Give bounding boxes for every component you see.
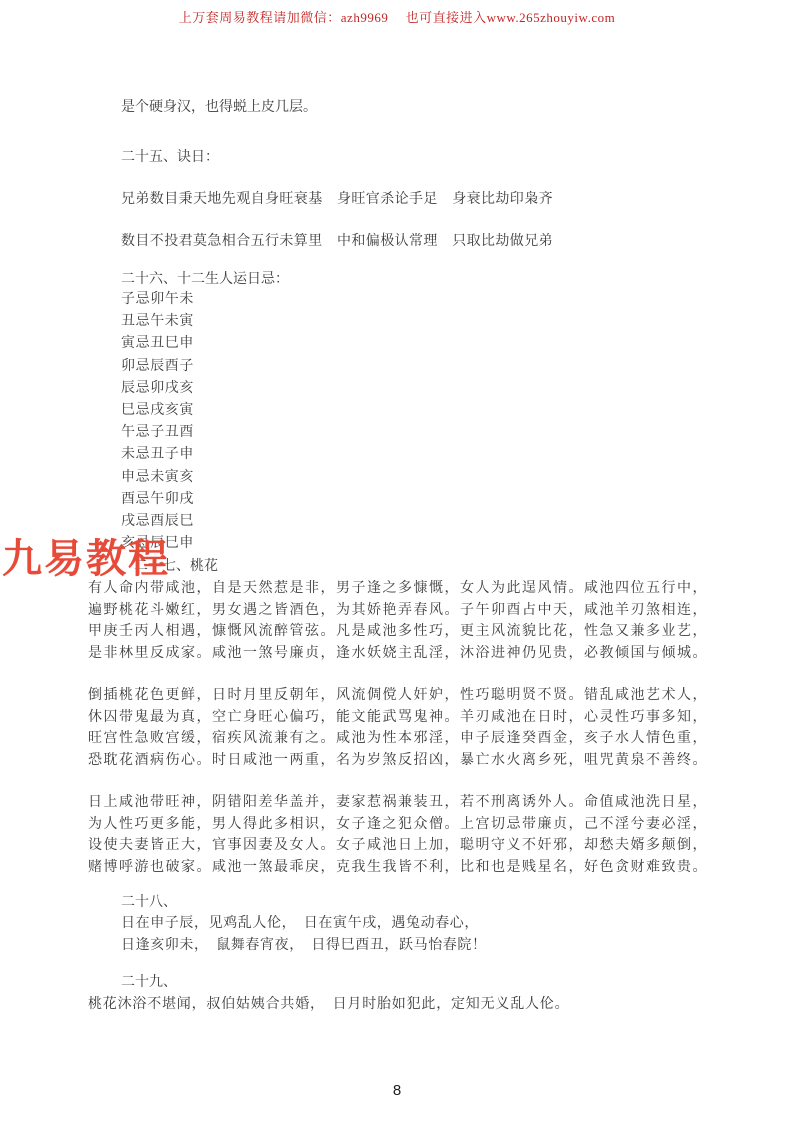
- page-header-promo: 上万套周易教程请加微信：azh9969 也可直接进入www.265zhouyiw…: [0, 7, 794, 26]
- taboo-list-item: 卯忌辰酉子: [121, 356, 194, 378]
- section-27-paragraph-3: 日上咸池带旺神，阴错阳差华盖并，妻家惹祸兼装丑，若不刑离诱外人。命值咸池洗日星，…: [88, 792, 724, 878]
- paragraph-line: 是非林里反成家。咸池一煞号廉贞，逢水妖娆主乱淫，沐浴进神仍见贵，必教倾国与倾城。: [88, 643, 724, 665]
- taboo-list-item: 酉忌午卯戌: [121, 489, 194, 511]
- paragraph-line: 赌博呼游也破家。咸池一煞最乖戾，克我生我皆不利，比和也是贱星名，好色贪财难致贵。: [88, 857, 724, 879]
- section-25-verse-line-2: 数目不投君莫急相合五行未算里 中和偏极认常理 只取比劫做兄弟: [121, 230, 553, 250]
- paragraph-line: 遍野桃花斗嫩红，男女遇之皆酒色，为其娇艳弄春风。子午卯酉占中天，咸池羊刃煞相连，: [88, 600, 724, 622]
- paragraph-line: 旺宫性急败宫缓，宿疾风流兼有之。咸池为性本邪淫，申子辰逢癸酉金，亥子水人情色重，: [88, 728, 724, 750]
- section-28-heading: 二十八、: [121, 891, 177, 911]
- taboo-list-item: 寅忌丑巳申: [121, 333, 194, 355]
- taboo-list-item: 丑忌午未寅: [121, 311, 194, 333]
- paragraph-line: 倒插桃花色更鲜，日时月里反朝年，风流倜傥人奸妒，性巧聪明贤不贤。错乱咸池艺术人，: [88, 685, 724, 707]
- section-26-taboo-list: 子忌卯午未丑忌午未寅寅忌丑巳申卯忌辰酉子辰忌卯戌亥巳忌戌亥寅午忌子丑酉未忌丑子申…: [121, 289, 194, 555]
- paragraph-line: 日上咸池带旺神，阴错阳差华盖并，妻家惹祸兼装丑，若不刑离诱外人。命值咸池洗日星，: [88, 792, 724, 814]
- verse-line: 日在申子辰，见鸡乱人伦， 日在寅午戌，遇兔动春心，: [121, 913, 487, 935]
- taboo-list-item: 子忌卯午未: [121, 289, 194, 311]
- paragraph-line: 恐耽花酒病伤心。时日咸池一两重，名为岁煞反招凶，暴亡水火离乡死，咀咒黄泉不善终。: [88, 750, 724, 772]
- taboo-list-item: 未忌丑子申: [121, 444, 194, 466]
- taboo-list-item: 辰忌卯戌亥: [121, 378, 194, 400]
- paragraph-line: 有人命内带咸池，自是天然惹是非，男子逢之多慷慨，女人为此逞风情。咸池四位五行中，: [88, 578, 724, 600]
- verse-line: 桃花沐浴不堪闻，叔伯姑姨合共婚， 日月时胎如犯此，定知无义乱人伦。: [88, 994, 569, 1016]
- page-number: 8: [0, 1082, 794, 1099]
- section-25-verse-line-1: 兄弟数目秉天地先观自身旺衰基 身旺官杀论手足 身衰比劫印枭齐: [121, 188, 553, 208]
- paragraph-line: 设使夫妻皆正大，官事因妻及女人。女子咸池日上加，聪明守义不奸邪，却愁夫婿多颠倒，: [88, 835, 724, 857]
- paragraph-line: 甲庚壬丙人相遇，慷慨风流醉管弦。凡是咸池多性巧，更主风流貌比花，性急又兼多业艺，: [88, 621, 724, 643]
- paragraph-line: 休囚带鬼最为真，空亡身旺心偏巧，能文能武骂鬼神。羊刃咸池在日时，心灵性巧事多知，: [88, 707, 724, 729]
- section-26-heading: 二十六、十二生人运日忌：: [121, 268, 289, 288]
- section-25-heading: 二十五、诀日：: [121, 146, 219, 166]
- taboo-list-item: 午忌子丑酉: [121, 422, 194, 444]
- section-27-paragraph-1: 有人命内带咸池，自是天然惹是非，男子逢之多慷慨，女人为此逞风情。咸池四位五行中，…: [88, 578, 724, 664]
- section-29-verse: 桃花沐浴不堪闻，叔伯姑姨合共婚， 日月时胎如犯此，定知无义乱人伦。: [88, 994, 569, 1016]
- paragraph-line: 为人性巧更多能，男人得此多相识，女子逢之犯众僧。上宫切忌带廉贞，己不淫兮妻必淫，: [88, 814, 724, 836]
- section-28-verse: 日在申子辰，见鸡乱人伦， 日在寅午戌，遇兔动春心，日逢亥卯未， 鼠舞春宵夜， 日…: [121, 913, 487, 956]
- intro-line: 是个硬身汉，也得蜕上皮几层。: [121, 96, 317, 116]
- watermark-jiuyi-jiaocheng: 九易教程: [2, 537, 170, 581]
- section-29-heading: 二十九、: [121, 971, 177, 991]
- taboo-list-item: 戌忌酉辰巳: [121, 511, 194, 533]
- document-page: 上万套周易教程请加微信：azh9969 也可直接进入www.265zhouyiw…: [0, 0, 794, 1123]
- verse-line: 日逢亥卯未， 鼠舞春宵夜， 日得巳酉丑，跃马怡春院！: [121, 935, 487, 957]
- taboo-list-item: 巳忌戌亥寅: [121, 400, 194, 422]
- section-27-paragraph-2: 倒插桃花色更鲜，日时月里反朝年，风流倜傥人奸妒，性巧聪明贤不贤。错乱咸池艺术人，…: [88, 685, 724, 771]
- taboo-list-item: 申忌未寅亥: [121, 467, 194, 489]
